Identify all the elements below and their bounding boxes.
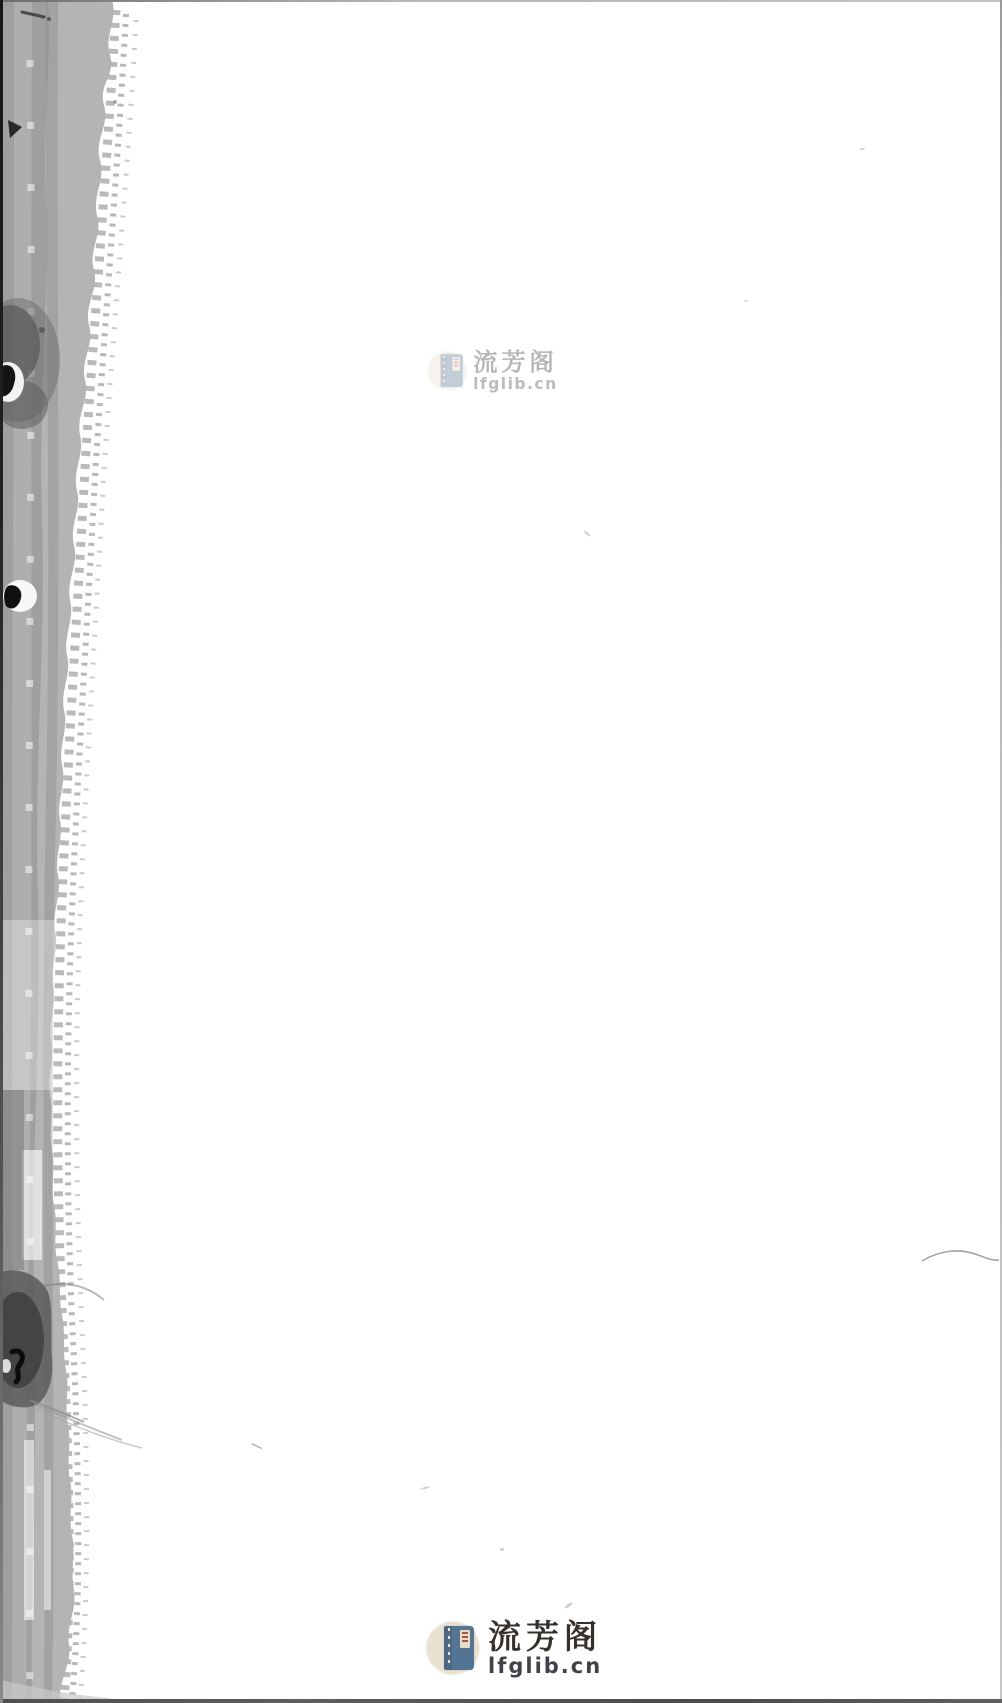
scan-speck <box>744 300 748 302</box>
scan-speck <box>250 1442 263 1449</box>
scan-speck <box>500 1548 504 1551</box>
book-stitching <box>444 356 445 386</box>
watermark-site-domain: lfglib.cn <box>488 1656 602 1677</box>
book-icon <box>428 352 466 390</box>
book-icon <box>427 1622 479 1674</box>
watermark-text: 流芳阁 lfglib.cn <box>488 1620 602 1677</box>
scan-edge-bottom <box>0 1699 1002 1703</box>
book-title-label <box>452 358 459 371</box>
watermark-site-name: 流芳阁 <box>488 1620 602 1655</box>
book-title-label <box>460 1630 470 1648</box>
scan-speck <box>583 530 591 537</box>
watermark-site-domain: lfglib.cn <box>473 376 557 392</box>
scan-edge-top <box>0 0 1002 2</box>
scan-speck <box>420 1486 430 1491</box>
site-watermark-midpage: 流芳阁 lfglib.cn <box>428 350 558 392</box>
scan-speck <box>564 1602 573 1610</box>
scanned-page: 流芳阁 lfglib.cn 流芳阁 lfglib.cn <box>0 0 1002 1703</box>
book-cover <box>444 1626 474 1670</box>
watermark-text: 流芳阁 lfglib.cn <box>473 350 557 392</box>
scan-gutter-texture <box>0 0 150 1703</box>
watermark-site-name: 流芳阁 <box>473 350 557 376</box>
hairline-arc-mark <box>918 1245 1002 1271</box>
book-stitching <box>448 1628 450 1668</box>
book-cover <box>441 355 463 388</box>
site-watermark-footer: 流芳阁 lfglib.cn <box>427 1620 602 1677</box>
scan-edge-left <box>0 0 3 1703</box>
scan-speck <box>860 148 865 150</box>
